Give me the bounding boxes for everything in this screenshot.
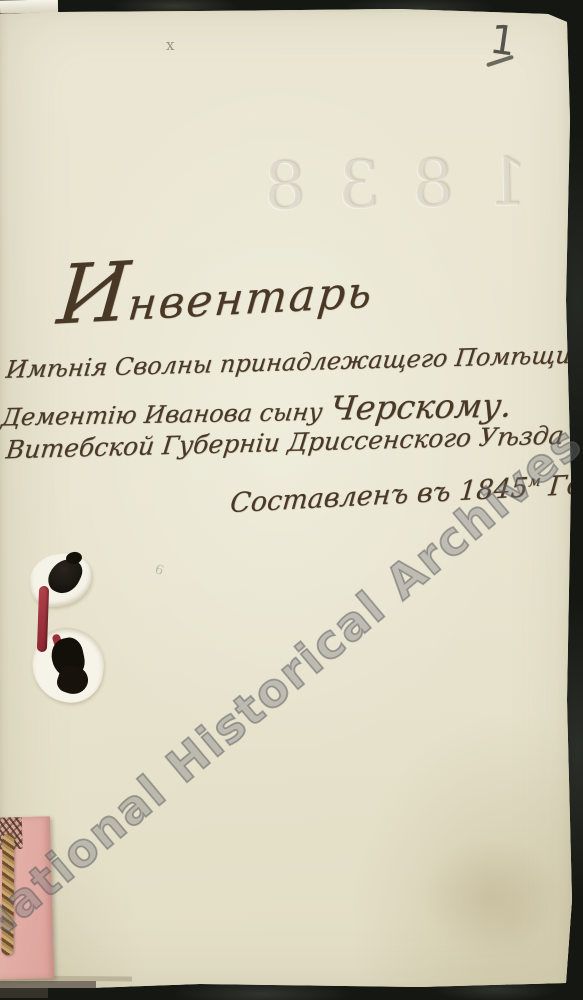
page-title: Инвентарь	[54, 231, 379, 343]
manuscript-line-1: Имѣнія Сволны принадлежащего Помѣщику	[5, 340, 583, 384]
faint-pencil-squiggle: 6	[153, 562, 166, 579]
underlying-page-edge	[0, 0, 58, 14]
paper-tear-with-seal	[24, 550, 134, 708]
page-edge-strip	[0, 981, 96, 988]
page-edge-strip	[0, 988, 48, 998]
date-line-end: Году	[539, 468, 583, 503]
paper-year-watermark: 1838	[214, 143, 545, 226]
twisted-cord	[1, 833, 14, 955]
pink-bookmark-card	[0, 816, 54, 979]
date-year: 1845	[458, 472, 529, 507]
pencil-mark: x	[166, 36, 174, 54]
manuscript-page: 1838 x 1 Инвентарь Имѣнія Сволны принадл…	[0, 0, 583, 1000]
archival-scan: 1838 x 1 Инвентарь Имѣнія Сволны принадл…	[0, 0, 583, 1000]
date-line-start: Составленъ въ	[229, 476, 461, 519]
owner-surname: Черскому.	[328, 386, 514, 428]
manuscript-line-2-start: Дементію Иванова сыну	[0, 398, 332, 432]
date-line: Составленъ въ 1845м Году	[229, 468, 583, 519]
paper-stain	[420, 838, 560, 953]
